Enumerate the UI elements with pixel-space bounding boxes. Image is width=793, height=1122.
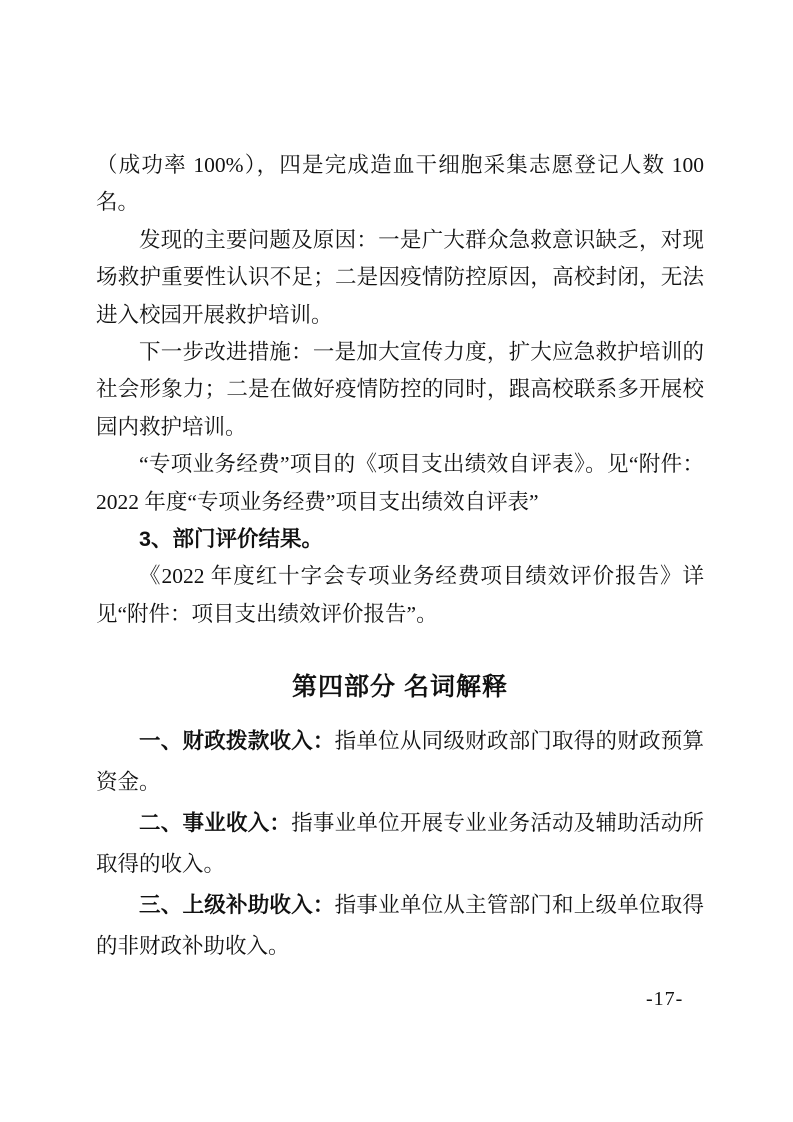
page-body: （成功率 100%），四是完成造血干细胞采集志愿登记人数 100 名。 发现的主… [96, 147, 704, 967]
body-paragraph: 下一步改进措施：一是加大宣传力度，扩大应急救护培训的社会形象力；二是在做好疫情防… [96, 334, 704, 446]
definition-item: 三、上级补助收入：指事业单位从主管部门和上级单位取得的非财政补助收入。 [96, 885, 704, 967]
body-paragraph: “专项业务经费”项目的《项目支出绩效自评表》。见“附件：2022 年度“专项业务… [96, 446, 704, 521]
body-paragraph: 发现的主要问题及原因：一是广大群众急救意识缺乏，对现场救护重要性认识不足；二是因… [96, 222, 704, 334]
body-paragraph: 《2022 年度红十字会专项业务经费项目绩效评价报告》详见“附件：项目支出绩效评… [96, 558, 704, 633]
definition-item: 一、财政拨款收入：指单位从同级财政部门取得的财政预算资金。 [96, 721, 704, 803]
definition-term: 二、事业收入： [139, 811, 291, 835]
definition-term: 三、上级补助收入： [139, 893, 335, 917]
definitions-section: 一、财政拨款收入：指单位从同级财政部门取得的财政预算资金。 二、事业收入：指事业… [96, 721, 704, 967]
body-paragraph: （成功率 100%），四是完成造血干细胞采集志愿登记人数 100 名。 [96, 147, 704, 222]
page-number: -17- [646, 988, 683, 1011]
definition-item: 二、事业收入：指事业单位开展专业业务活动及辅助活动所取得的收入。 [96, 803, 704, 885]
section-heading: 第四部分 名词解释 [96, 669, 704, 705]
document-page: （成功率 100%），四是完成造血干细胞采集志愿登记人数 100 名。 发现的主… [0, 0, 793, 1122]
definition-term: 一、财政拨款收入： [139, 729, 335, 753]
subsection-title: 3、部门评价结果。 [96, 521, 704, 558]
